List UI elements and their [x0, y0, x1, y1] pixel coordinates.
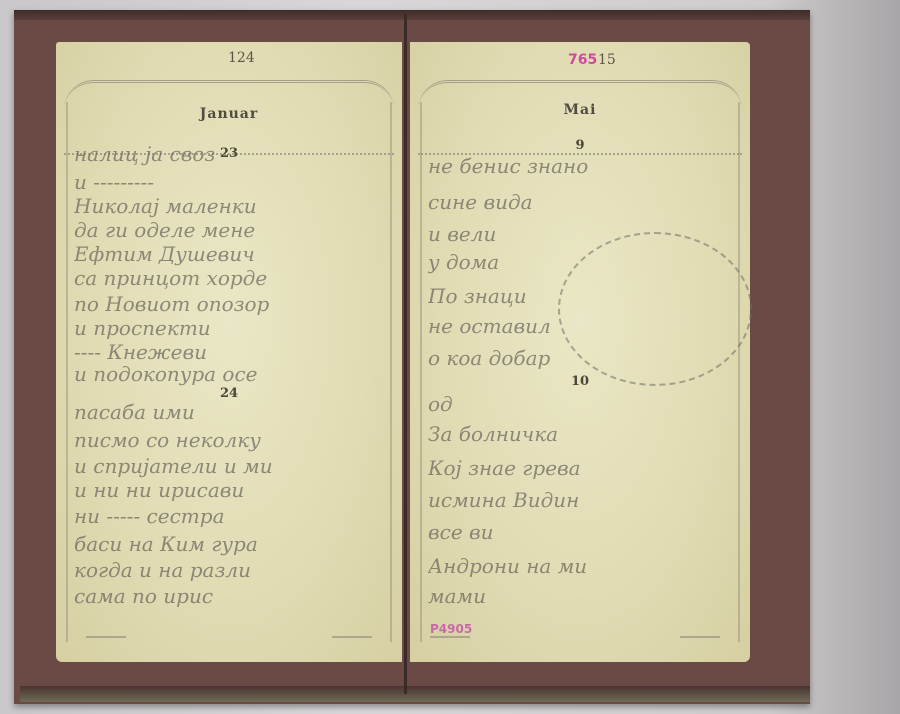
left-page: 124 Januar 23 24 налиц ја своз и -------… — [56, 42, 402, 662]
handwritten-line: не бенис знано — [428, 154, 732, 179]
handwritten-line: и проспекти — [74, 316, 384, 341]
page-number-stamp: 765 — [568, 52, 597, 68]
handwritten-line: налиц ја своз — [74, 142, 384, 167]
handwritten-line: пасаба ими — [74, 400, 384, 425]
cover-bottom-edge — [20, 686, 810, 702]
book-spine — [404, 14, 407, 694]
month-label: Mai — [410, 102, 750, 118]
corner-ornament — [86, 606, 126, 638]
page-number: 124 — [228, 50, 255, 66]
corner-ornament — [332, 606, 372, 638]
handwritten-line: по Новиот опозор — [74, 292, 384, 317]
handwritten-line: и спријатели и ми — [74, 454, 384, 479]
handwritten-line: писмо со неколку — [74, 428, 384, 453]
handwritten-line: Андрони на ми — [428, 554, 732, 579]
right-page: 765 15 Mai 9 10 не бенис знано сине вида… — [410, 42, 750, 662]
corner-ornament — [430, 606, 470, 638]
handwritten-line: За болничка — [428, 422, 732, 447]
handwritten-line: Ефтим Душевич — [74, 242, 384, 267]
corner-ornament — [680, 606, 720, 638]
handwritten-line: и вели — [428, 222, 732, 247]
handwritten-line: и подокопура осе — [74, 362, 384, 387]
handwritten-line: од — [428, 392, 732, 417]
handwritten-line: о коа добар — [428, 346, 732, 371]
handwritten-line: Николај маленки — [74, 194, 384, 219]
day-number-mid: 24 — [56, 386, 402, 401]
handwritten-line: По знаци — [428, 284, 732, 309]
page-number: 15 — [598, 52, 616, 68]
day-number-top: 9 — [410, 138, 750, 153]
handwritten-line: когда и на разли — [74, 558, 384, 583]
month-label: Januar — [56, 106, 402, 122]
handwritten-line: сине вида — [428, 190, 732, 215]
handwritten-line: и --------- — [74, 170, 384, 195]
handwritten-line: са принцот хорде — [74, 266, 384, 291]
handwritten-line: все ви — [428, 520, 732, 545]
handwritten-line: исмина Видин — [428, 488, 732, 513]
handwritten-line: не оставил — [428, 314, 732, 339]
handwritten-line: у дома — [428, 250, 732, 275]
handwritten-line: да ги оделе мене — [74, 218, 384, 243]
cover-top-edge — [14, 10, 810, 20]
handwritten-line: и ни ни ирисави — [74, 478, 384, 503]
handwritten-line: ни ----- сестра — [74, 504, 384, 529]
handwritten-line: Кој знае грева — [428, 456, 732, 481]
handwritten-line: баси на Ким гура — [74, 532, 384, 557]
